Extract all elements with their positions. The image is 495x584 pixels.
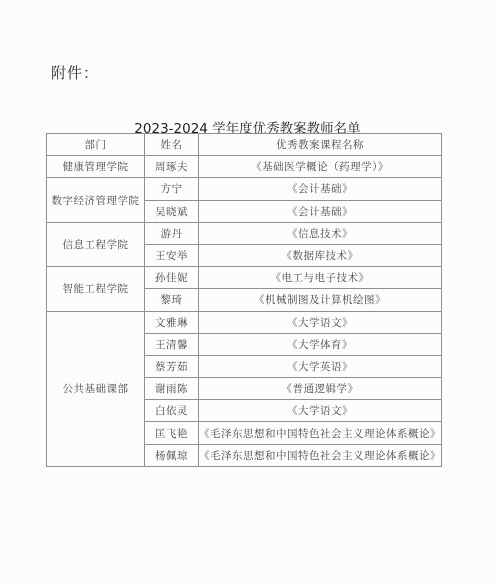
course-cell: 《数据库技术》	[199, 244, 442, 266]
course-cell: 《普通逻辑学》	[199, 378, 442, 400]
table-row: 智能工程学院 孙佳妮 《电工与电子技术》	[47, 267, 442, 289]
name-cell: 白依灵	[145, 400, 199, 422]
name-cell: 王清馨	[145, 333, 199, 355]
department-cell: 健康管理学院	[47, 156, 145, 178]
header-name: 姓名	[145, 134, 199, 156]
header-department: 部门	[47, 134, 145, 156]
course-cell: 《会计基础》	[199, 178, 442, 200]
teacher-list-table: 部门 姓名 优秀教案课程名称 健康管理学院 周琢夫 《基础医学概论（药理学）》 …	[46, 133, 442, 467]
course-cell: 《机械制图及计算机绘图》	[199, 289, 442, 311]
name-cell: 周琢夫	[145, 156, 199, 178]
name-cell: 谢雨陈	[145, 378, 199, 400]
department-cell: 智能工程学院	[47, 267, 145, 311]
name-cell: 杨佩琼	[145, 444, 199, 466]
name-cell: 蔡芳茹	[145, 355, 199, 377]
header-course: 优秀教案课程名称	[199, 134, 442, 156]
course-cell: 《毛泽东思想和中国特色社会主义理论体系概论》	[199, 422, 442, 444]
course-cell: 《大学英语》	[199, 355, 442, 377]
course-cell: 《信息技术》	[199, 222, 442, 244]
course-cell: 《毛泽东思想和中国特色社会主义理论体系概论》	[199, 444, 442, 466]
course-cell: 《大学体育》	[199, 333, 442, 355]
name-cell: 匡飞艳	[145, 422, 199, 444]
name-cell: 王安举	[145, 244, 199, 266]
table-row: 数字经济管理学院 方宁 《会计基础》	[47, 178, 442, 200]
attachment-label: 附件：	[51, 62, 99, 83]
table-row: 健康管理学院 周琢夫 《基础医学概论（药理学）》	[47, 156, 442, 178]
table-row: 信息工程学院 游丹 《信息技术》	[47, 222, 442, 244]
department-cell: 数字经济管理学院	[47, 178, 145, 222]
course-cell: 《基础医学概论（药理学）》	[199, 156, 442, 178]
name-cell: 孙佳妮	[145, 267, 199, 289]
course-cell: 《大学语文》	[199, 311, 442, 333]
name-cell: 黎琦	[145, 289, 199, 311]
name-cell: 吴晓斌	[145, 200, 199, 222]
name-cell: 方宁	[145, 178, 199, 200]
course-cell: 《大学语文》	[199, 400, 442, 422]
table-header-row: 部门 姓名 优秀教案课程名称	[47, 134, 442, 156]
table-row: 公共基础课部 文雅琳 《大学语文》	[47, 311, 442, 333]
name-cell: 文雅琳	[145, 311, 199, 333]
department-cell: 信息工程学院	[47, 222, 145, 266]
course-cell: 《会计基础》	[199, 200, 442, 222]
course-cell: 《电工与电子技术》	[199, 267, 442, 289]
name-cell: 游丹	[145, 222, 199, 244]
department-cell: 公共基础课部	[47, 311, 145, 466]
